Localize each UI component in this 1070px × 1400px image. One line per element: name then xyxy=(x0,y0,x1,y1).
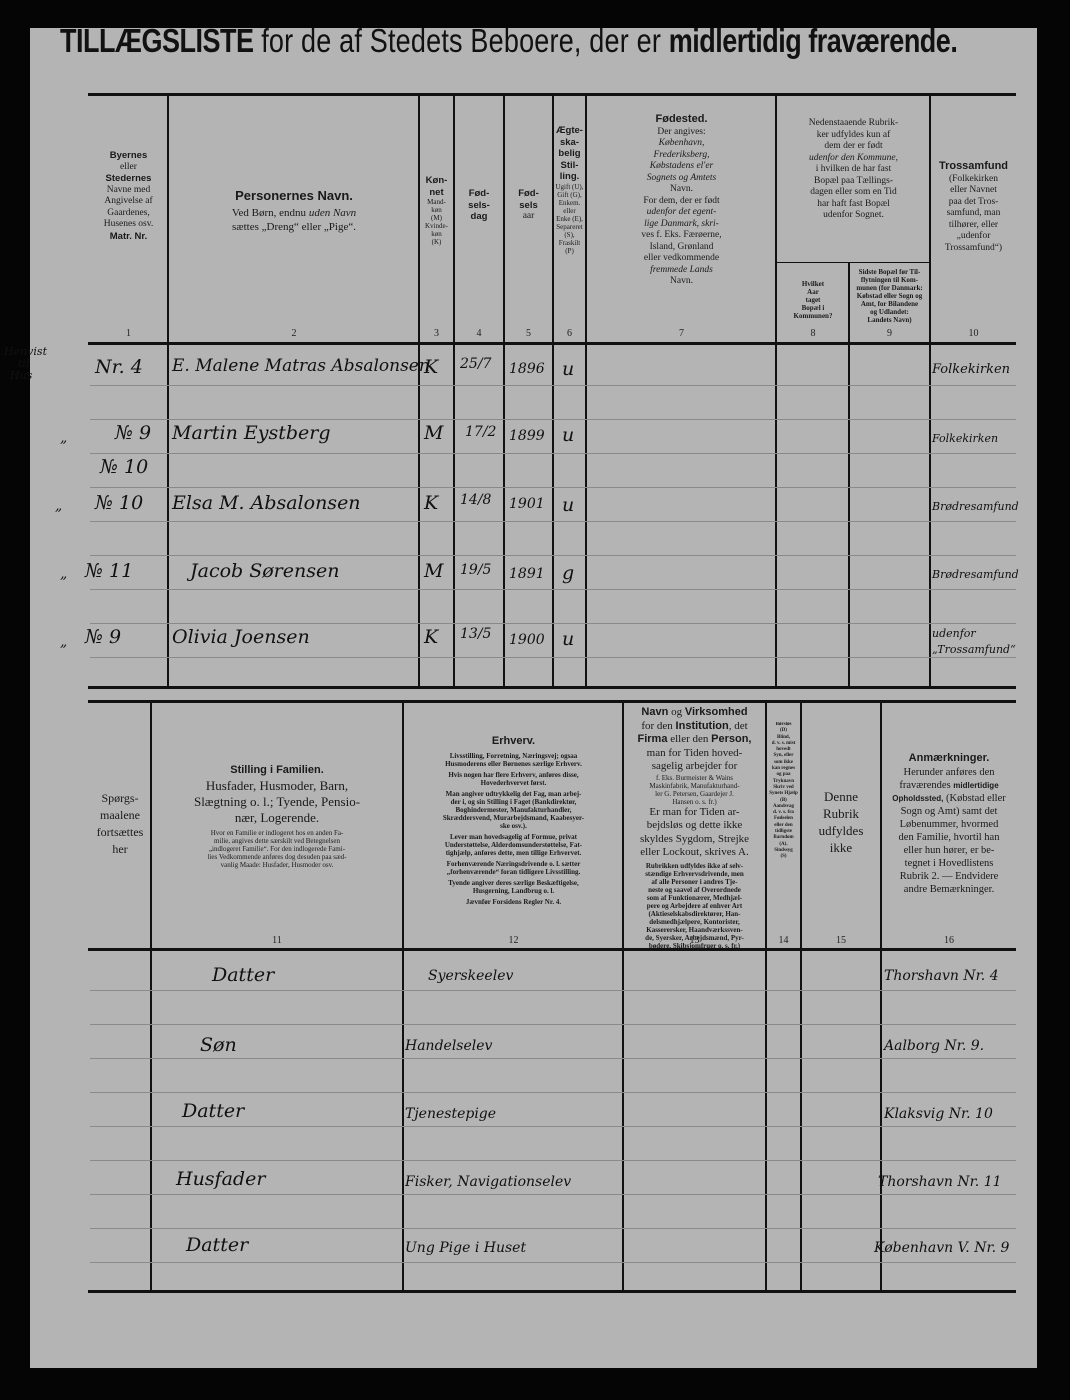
header-text: taget xyxy=(778,296,848,304)
header-text: Rubrik xyxy=(802,805,880,822)
ditto-mark: „ xyxy=(60,430,67,446)
header-text: Sognets og Amtets xyxy=(588,173,775,185)
header-text: Kasserersker, Haandværkssven- xyxy=(624,926,765,934)
header-text: maalene xyxy=(90,807,150,824)
header-text: Enkem. eller xyxy=(554,199,585,215)
cell-marital: u xyxy=(562,628,574,650)
header-text: Spørgs- xyxy=(90,790,150,807)
cell-remarks: Thorshavn Nr. 4 xyxy=(884,968,999,984)
cell-birth-year: 1891 xyxy=(509,566,545,582)
header-text: Ugift (U), xyxy=(554,183,585,191)
ditto-mark: „ xyxy=(60,566,67,582)
header-text: tilhører, eller xyxy=(931,220,1016,232)
header-text: (S) xyxy=(767,854,800,860)
header-title: Personernes Navn. xyxy=(170,188,418,204)
header-col3: Køn- net Mand- køn (M) Kvinde- køn (K) xyxy=(420,175,453,246)
header-text: Bopæl paa Tællings- xyxy=(778,176,929,188)
header-text: eller vedkommende xyxy=(588,253,775,265)
header-text: Køn- xyxy=(420,175,453,187)
header-title: Anmærkninger. xyxy=(882,752,1016,766)
row-rule xyxy=(90,419,1016,420)
header-text: net xyxy=(420,187,453,199)
upper-col-divider xyxy=(775,95,777,687)
cell-birth-day: 17/2 xyxy=(465,424,496,440)
cell-marital: u xyxy=(562,494,574,516)
cell-remarks: København V. Nr. 9 xyxy=(874,1240,1009,1256)
cell-occupation: Tjenestepige xyxy=(405,1106,496,1122)
header-text: Understøttelse, Alderdomsunderstøttelse,… xyxy=(405,841,622,849)
cell-name: Jacob Sørensen xyxy=(190,560,339,582)
header-text: belig xyxy=(554,148,585,160)
header-text: Sogn og Amt) samt det xyxy=(882,805,1016,818)
lower-header-bottom-rule xyxy=(88,948,1016,951)
column-number: 3 xyxy=(420,328,453,339)
header-text: køn xyxy=(420,206,453,214)
cell-religion: Folkekirken xyxy=(932,432,998,445)
header-title: Fødested. xyxy=(588,113,775,127)
header-text: Bopæl i xyxy=(778,304,848,312)
cell-religion: Folkekirken xyxy=(932,362,1010,377)
header-text: Navn xyxy=(641,706,668,718)
row-rule xyxy=(90,555,1016,556)
header-text: dem der er født xyxy=(778,141,929,153)
header-text: eller den xyxy=(670,733,708,745)
header-text: Kvinde- xyxy=(420,222,453,230)
cell-family-position: Datter xyxy=(182,1100,244,1122)
row-rule xyxy=(90,1092,1016,1093)
header-col5: Fød- sels aar xyxy=(505,188,552,223)
header-text: som af Funktionærer, Medhjæl- xyxy=(624,894,765,902)
header-text: Fraskilt (P) xyxy=(554,239,585,255)
row-rule xyxy=(90,990,1016,991)
header-col10: Trossamfund (Folkekirken eller Navnet pa… xyxy=(931,160,1016,254)
header-text: ves f. Eks. Færøerne, xyxy=(588,230,775,242)
header-text: uden Navn xyxy=(309,207,356,219)
header-text: Byernes xyxy=(90,150,167,162)
header-text: fraværendes xyxy=(899,780,950,791)
header-text: Navne med xyxy=(90,185,167,197)
header-text: ska- xyxy=(554,137,585,149)
header-col6: Ægte- ska- belig Stil- ling. Ugift (U), … xyxy=(554,125,585,255)
header-text: Løbenummer, hvormed xyxy=(882,818,1016,831)
header-text: eller Lockout, skrives A. xyxy=(624,846,765,860)
header-text: Rubrikken udfyldes ikke af selv- xyxy=(624,862,765,870)
header-text: udfyldes xyxy=(802,822,880,839)
row-rule xyxy=(90,1126,1016,1127)
header-text: milie, angives dette særskilt ved Betegn… xyxy=(152,837,402,845)
header-text: paa det Tros- xyxy=(931,197,1016,209)
lower-col-divider xyxy=(402,702,404,1291)
header-text: ling. xyxy=(554,171,585,183)
header-text: stændige Erhvervsdrivende, men xyxy=(624,870,765,878)
header-text: Ved Børn, endnu xyxy=(232,207,306,219)
cell-birth-year: 1900 xyxy=(509,632,545,648)
header-text: Person, xyxy=(711,733,751,745)
row-rule xyxy=(90,1228,1016,1229)
header-text: her xyxy=(90,841,150,858)
cell-occupation: Ung Pige i Huset xyxy=(405,1240,526,1256)
cell-remarks: Klaksvig Nr. 10 xyxy=(884,1106,993,1122)
header-text: andre Bemærkninger. xyxy=(882,883,1016,896)
header-text: Island, Grønland xyxy=(588,242,775,254)
column-number: 15 xyxy=(802,935,880,946)
header-text: Enke (E), xyxy=(554,215,585,223)
row-rule xyxy=(90,385,1016,386)
lower-top-rule xyxy=(88,700,1016,703)
cell-matr: № 11 xyxy=(85,560,133,582)
header-text: Hvis nogen har flere Erhverv, anføres di… xyxy=(405,771,622,779)
ditto-mark: „ xyxy=(60,634,67,650)
header-text: Lever man hovedsagelig af Formue, privat xyxy=(405,833,622,841)
row-rule xyxy=(90,487,1016,488)
header-text: af alle Personer i andres Tje- xyxy=(624,878,765,886)
row-rule xyxy=(90,1194,1016,1195)
header-text: Sidste Bopæl før Til- xyxy=(850,268,929,276)
row-rule xyxy=(90,521,1016,522)
row-rule xyxy=(90,589,1016,590)
header-text: samfund, man xyxy=(931,208,1016,220)
header-text: Stedernes xyxy=(90,173,167,185)
header-text: for den xyxy=(641,720,672,732)
header-text: ikke xyxy=(802,839,880,856)
column-number: 5 xyxy=(505,328,552,339)
cell-birth-day: 25/7 xyxy=(460,356,491,372)
header-text: har haft fast Bopæl xyxy=(778,199,929,211)
header-text: Angivelse af xyxy=(90,196,167,208)
header-text: Skræddersvend, Murarbejdsmand, Kaabesyer… xyxy=(405,814,622,822)
header-text: Ægte- xyxy=(554,125,585,137)
cell-matr: № 9 xyxy=(85,626,121,648)
header-text: Amt, for Bilandene xyxy=(850,300,929,308)
header-col13: Navn og Virksomhed for den Institution, … xyxy=(624,706,765,950)
header-text: Fød- xyxy=(505,188,552,200)
header-text: udenfor Sognet. xyxy=(778,210,929,222)
header-col7: Fødested. Der angives: København, Freder… xyxy=(588,113,775,288)
row-rule xyxy=(90,657,1016,658)
upper-col-divider xyxy=(503,95,505,687)
header-text: ker udfyldes kun af xyxy=(778,130,929,142)
ditto-mark: „ xyxy=(55,498,62,514)
cell-matr: Nr. 4 xyxy=(95,356,143,378)
cell-family-position: Datter xyxy=(186,1234,248,1256)
header-text: Fød- xyxy=(455,188,503,200)
column-number: 7 xyxy=(588,328,775,339)
header-text: eller Navnet xyxy=(931,185,1016,197)
header-text: For dem, der er født xyxy=(588,196,775,208)
cell-family-position: Søn xyxy=(200,1034,237,1056)
header-text: ske osv.). xyxy=(405,822,622,830)
column-number: 14 xyxy=(767,935,800,946)
header-col9: Sidste Bopæl før Til- flytningen til Kom… xyxy=(850,268,929,324)
header-text: (Købstad eller xyxy=(946,793,1006,804)
column-number: 8 xyxy=(778,328,848,339)
header-text: tighjælp, anføres dette, men tillige Erh… xyxy=(405,849,622,857)
header-text: Maskinfabrik, Manufakturhand- xyxy=(624,782,765,790)
column-number: 13 xyxy=(624,935,765,946)
header-text: ler G. Petersen, Gaardejer J. xyxy=(624,790,765,798)
cell-matr: № 10 xyxy=(95,492,143,514)
header-text: neste og saavel af Overordnede xyxy=(624,886,765,894)
header-text: Gaardenes, xyxy=(90,208,167,220)
cell-matr: № 9 xyxy=(115,422,151,444)
header-text: „udenfor xyxy=(931,231,1016,243)
row-rule xyxy=(90,1058,1016,1059)
header-text: køn xyxy=(420,230,453,238)
header-text: vanlig Maade: Husfader, Husmoder osv. xyxy=(152,861,402,869)
header-text: sættes „Dreng“ eller „Pige“. xyxy=(170,221,418,235)
header-text: „forhenværende“ foran tidligere Livsstil… xyxy=(405,868,622,876)
header-text: (M) xyxy=(420,214,453,222)
title-bold-start: TILLÆGSLISTE xyxy=(60,22,254,60)
header-continued: Spørgs- maalene fortsættes her xyxy=(90,790,150,858)
header-text: Denne xyxy=(802,788,880,805)
header-text: Mand- xyxy=(420,198,453,206)
header-text: „indlogeret Familie“. For den indlogered… xyxy=(152,845,402,853)
header-text: Matr. Nr. xyxy=(90,231,167,243)
header-text: skyldes Sygdom, Strejke xyxy=(624,833,765,847)
header-text: (K) xyxy=(420,238,453,246)
header-text: Husgerning, Landbrug o. l. xyxy=(405,887,622,895)
header-text: Hovederhvervet først. xyxy=(405,779,622,787)
header-text: Købstad eller Sogn og xyxy=(850,292,929,300)
header-text: Navn. xyxy=(588,276,775,288)
column-number: 10 xyxy=(931,328,1016,339)
header-text: og Udlandet: xyxy=(850,308,929,316)
header-text: udenfor det egent- xyxy=(588,207,775,219)
header-line: Ved Børn, endnu uden Navn xyxy=(170,207,418,221)
header-text: tegnet i Hovedlistens xyxy=(882,857,1016,870)
cell-remarks: Thorshavn Nr. 11 xyxy=(878,1174,1002,1190)
header-text: Kommunen? xyxy=(778,312,848,320)
header-text: Hvilket xyxy=(778,280,848,288)
header-text: Landets Navn) xyxy=(850,316,929,324)
cell-birth-day: 14/8 xyxy=(460,492,491,508)
cell-name: Elsa M. Absalonsen xyxy=(172,492,361,514)
cell-birth-year: 1899 xyxy=(509,428,545,444)
cell-birth-year: 1901 xyxy=(509,496,545,512)
header-col1: Byernes eller Stedernes Navne med Angive… xyxy=(90,150,167,242)
cell-marital: u xyxy=(562,424,574,446)
header-text: delsmedhjælpere, Kontorister, xyxy=(624,918,765,926)
matr-note: № 10 xyxy=(100,456,148,478)
row-rule xyxy=(90,1262,1016,1263)
header-col11: Stilling i Familien. Husfader, Husmoder,… xyxy=(152,764,402,869)
header-text: dagen eller som en Tid xyxy=(778,187,929,199)
header-text: (Folkekirken xyxy=(931,174,1016,186)
header-text: Er man for Tiden ar- xyxy=(624,806,765,820)
column-number: 1 xyxy=(90,328,167,339)
cell-family-position: Datter xyxy=(212,964,274,986)
header-text: man for Tiden hoved- xyxy=(624,747,765,761)
header-text: flytningen til Kom- xyxy=(850,276,929,284)
header-text: aar xyxy=(505,211,552,223)
header-text: og xyxy=(671,706,682,718)
lower-bottom-rule xyxy=(88,1290,1016,1293)
header-text: lige Danmark, skri- xyxy=(588,219,775,231)
cell-name: Olivia Joensen xyxy=(172,626,310,648)
header-text: Husfader, Husmoder, Barn, xyxy=(152,778,402,794)
cell-name: E. Malene Matras Absalonsen xyxy=(172,356,430,376)
column-number: 11 xyxy=(152,935,402,946)
header-text: fortsættes xyxy=(90,824,150,841)
header-text: eller xyxy=(90,162,167,174)
header-text: Frederiksberg, xyxy=(588,150,775,162)
header-text: midlertidige xyxy=(953,781,998,790)
header-text: i hvilken de har fast xyxy=(778,164,929,176)
cell-sex: K xyxy=(424,356,438,378)
column-number: 9 xyxy=(850,328,929,339)
header-text: Herunder anføres den xyxy=(882,766,1016,779)
column-number: 4 xyxy=(455,328,503,339)
header-title: Trossamfund xyxy=(931,160,1016,174)
cell-sex: M xyxy=(424,422,443,444)
margin-note-text: Hus xyxy=(4,370,47,382)
header-text: Nedenstaaende Rubrik- xyxy=(778,118,929,130)
header-text: Navn. xyxy=(588,184,775,196)
header-text: lies Vedkommende anføres dog desuden paa… xyxy=(152,853,402,861)
cell-religion: Brødresamfund xyxy=(932,500,1019,513)
header-title: Stilling i Familien. xyxy=(152,764,402,778)
header-text: Slægtning o. l.; Tyende, Pensio- xyxy=(152,794,402,810)
column-number: 6 xyxy=(554,328,585,339)
header-col8-9-note: Nedenstaaende Rubrik- ker udfyldes kun a… xyxy=(778,118,929,222)
header-text: Aar xyxy=(778,288,848,296)
header-text: Opholdssted, xyxy=(892,794,943,803)
header-text: Stil- xyxy=(554,160,585,172)
page-title: TILLÆGSLISTE for de af Stedets Beboere, … xyxy=(60,22,1020,61)
header-col15: Denne Rubrik udfyldes ikke xyxy=(802,788,880,856)
header-text: Hansen o. s. fr.) xyxy=(624,798,765,806)
header-text: Forhenværende Næringsdrivende o. l. sætt… xyxy=(405,860,622,868)
title-middle: for de af Stedets Beboere, der er xyxy=(254,22,669,60)
row-rule xyxy=(90,1024,1016,1025)
header-title: Erhverv. xyxy=(405,735,622,749)
cell-name: Martin Eystberg xyxy=(172,422,331,444)
cell-remarks: Aalborg Nr. 9. xyxy=(884,1038,984,1054)
header-text: Institution xyxy=(676,720,729,732)
column-number: 16 xyxy=(882,935,1016,946)
header-text: Man angiver udtrykkelig det Fag, man arb… xyxy=(405,790,622,798)
header-text: bejdsløs og dette ikke xyxy=(624,819,765,833)
header-text: Livsstilling, Forretning, Næringsvej; og… xyxy=(405,752,622,760)
header-text: fremmede Lands xyxy=(588,265,775,277)
cell-family-position: Husfader xyxy=(176,1168,265,1190)
header-text: Husmoderens eller Børnenes særlige Erhve… xyxy=(405,760,622,768)
header-text: udenfor den Kommune, xyxy=(778,153,929,165)
header-text: Virksomhed xyxy=(685,706,748,718)
cell-religion: udenfor „Trossamfund“ xyxy=(932,626,1016,658)
header-text: f. Eks. Burmeister & Wains xyxy=(624,774,765,782)
header-text: den Familie, hvortil han xyxy=(882,831,1016,844)
header-text: , det xyxy=(729,720,748,732)
cell-sex: K xyxy=(424,492,438,514)
title-bold-end: midlertidig fraværende. xyxy=(669,22,958,60)
cell-occupation: Handelselev xyxy=(405,1038,492,1054)
cell-marital: u xyxy=(562,358,574,380)
header-text: Synets Hjælp xyxy=(767,791,800,797)
header-col16: Anmærkninger. Herunder anføres den fravæ… xyxy=(882,752,1016,896)
header-text: Der angives: xyxy=(588,127,775,139)
header-col2: Personernes Navn. Ved Børn, endnu uden N… xyxy=(170,188,418,234)
header-text: sagelig arbejder for xyxy=(624,760,765,774)
header-text: der i, og sin Stilling i Faget (Bankdire… xyxy=(405,798,622,806)
margin-note: Henvist til Hus xyxy=(4,346,47,382)
row-rule xyxy=(90,623,1016,624)
header-text: Jævnfør Forsidens Regler Nr. 4. xyxy=(405,898,622,906)
header-col12: Erhverv. Livsstilling, Forretning, Nærin… xyxy=(405,735,622,906)
column-number: 12 xyxy=(405,935,622,946)
header-text: sels- xyxy=(455,200,503,212)
header-text: Trossamfund“) xyxy=(931,243,1016,255)
header-text: Tyende angiver deres særlige Beskæftigel… xyxy=(405,879,622,887)
header-text: Boghindermester, Manufakturhandler, xyxy=(405,806,622,814)
header-text: Separeret (S), xyxy=(554,223,585,239)
row-rule xyxy=(90,1160,1016,1161)
cell-religion: Brødresamfund xyxy=(932,568,1019,581)
cell-sex: K xyxy=(424,626,438,648)
header-text: dag xyxy=(455,211,503,223)
header-text: nær, Logerende. xyxy=(152,810,402,826)
cell-occupation: Fisker, Navigationselev xyxy=(405,1174,571,1190)
cell-marital: g xyxy=(562,562,574,584)
header-text: (Aktieselskabsdirektører, Han- xyxy=(624,910,765,918)
cell-birth-year: 1896 xyxy=(509,361,545,377)
cell-occupation: Syerskeelev xyxy=(428,968,513,984)
header-text: Firma xyxy=(637,733,667,745)
upper-col-divider xyxy=(167,95,169,687)
header-text: Rubrik 2. — Endvidere xyxy=(882,870,1016,883)
header-text: Gift (G), xyxy=(554,191,585,199)
header-text: eller hun hører, er be- xyxy=(882,844,1016,857)
upper-col-divider xyxy=(585,95,587,687)
header-text: Købstadens el'er xyxy=(588,161,775,173)
header-col14: Børsløs (D) Blind, d. v. s. mist hovedt … xyxy=(767,722,800,861)
cell-birth-day: 19/5 xyxy=(460,562,491,578)
header-col8: Hvilket Aar taget Bopæl i Kommunen? xyxy=(778,280,848,320)
header-text: munen (for Danmark: xyxy=(850,284,929,292)
header-text: København, xyxy=(588,138,775,150)
header-col4: Fød- sels- dag xyxy=(455,188,503,223)
column-number: 2 xyxy=(170,328,418,339)
col89-sub-rule xyxy=(776,262,930,263)
header-text: Husenes osv. xyxy=(90,219,167,231)
header-text: pere og Arbejdere af enhver Art xyxy=(624,902,765,910)
header-text: sels xyxy=(505,200,552,212)
upper-col-divider xyxy=(453,95,455,687)
cell-birth-day: 13/5 xyxy=(460,626,491,642)
cell-sex: M xyxy=(424,560,443,582)
row-rule xyxy=(90,453,1016,454)
header-text: Hvor en Familie er indlogeret hos en and… xyxy=(152,829,402,837)
